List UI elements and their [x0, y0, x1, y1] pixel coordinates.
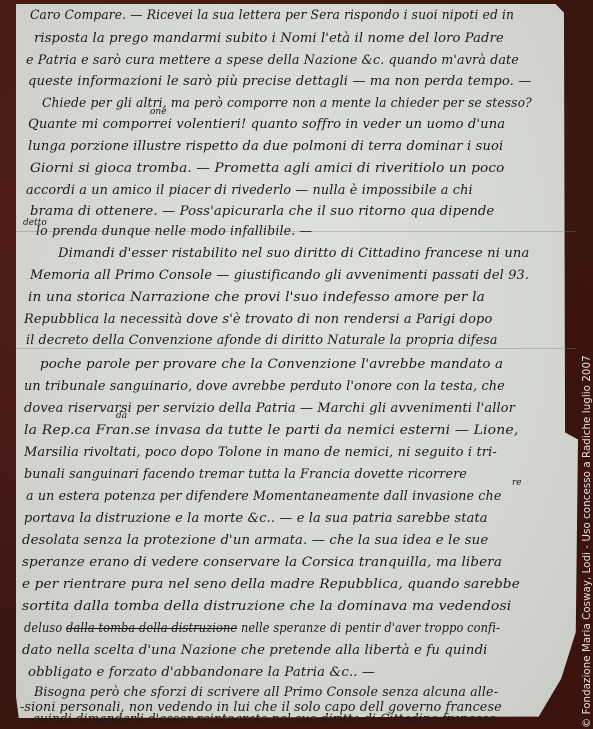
text-line: a un estera potenza per difendere Moment… [26, 489, 501, 504]
text-line: Bisogna però che sforzi di scrivere all … [34, 685, 498, 700]
text-line: obbligato e forzato d'abbandonare la Pat… [28, 665, 375, 680]
text-line-with-strikethrough: deluso dalla tomba della distruzione nel… [24, 621, 500, 636]
copyright-caption: © Fondazione Maria Cosway, Lodi - Uso co… [582, 355, 593, 728]
text-line: sortita dalla tomba della distruzione ch… [22, 599, 511, 614]
text-line: Marsilia rivoltati, poco dopo Tolone in … [24, 445, 497, 460]
interlinear-note: da [116, 411, 127, 421]
text-line: e Patria e sarò cura mettere a spese del… [26, 53, 519, 68]
text-line: Quante mi comporrei volentieri! quanto s… [28, 117, 505, 132]
text-line: desolata senza la protezione d'un armata… [22, 533, 488, 548]
text-line: risposta la prego mandarmi subito i Nomi… [34, 31, 504, 46]
text-line: quindi dimandarli d'esser reintegrato ne… [32, 712, 496, 727]
text-fragment: nelle speranze di pentir d'aver troppo c… [237, 621, 500, 636]
text-line: Chiede per gli altri, ma però comporre n… [42, 96, 532, 111]
text-line: Giorni si gioca tromba. — Prometta agli … [30, 161, 504, 176]
handwritten-text-body: Caro Compare. — Ricevei la sua lettera p… [0, 0, 593, 729]
text-line: lo prenda dunque nelle modo infallibile.… [36, 224, 312, 239]
text-line: e per rientrare pura nel seno della madr… [22, 577, 520, 592]
text-line: la Rep.ca Fran.se invasa da tutte le par… [24, 423, 518, 438]
text-fragment: deluso [24, 621, 66, 636]
text-line: dato nella scelta d'una Nazione che pret… [22, 643, 488, 658]
text-line: accordi a un amico il piacer di rivederl… [26, 183, 473, 198]
text-line: dovea riservarsi per servizio della Patr… [24, 401, 515, 416]
text-line: Dimandi d'esser ristabilito nel suo diri… [58, 246, 529, 261]
text-line: Repubblica la necessità dove s'è trovato… [24, 312, 492, 327]
text-line: Caro Compare. — Ricevei la sua lettera p… [30, 8, 514, 23]
interlinear-note: re [512, 478, 522, 488]
text-line: poche parole per provare che la Convenzi… [40, 357, 503, 372]
text-line: un tribunale sanguinario, dove avrebbe p… [24, 379, 505, 394]
text-line: Memoria all Primo Console — giustificand… [30, 268, 529, 283]
text-line: speranze erano di vedere conservare la C… [22, 555, 502, 570]
text-line: bunali sanguinari facendo tremar tutta l… [24, 467, 467, 482]
text-line: in una storica Narrazione che provi l'su… [28, 290, 485, 305]
text-line: queste informazioni le sarò più precise … [28, 74, 531, 89]
struck-text: dalla tomba della distruzione [66, 621, 237, 636]
text-line: il decreto della Convenzione afonde di d… [26, 333, 498, 348]
text-line: brama di ottenere. — Poss'apicurarla che… [30, 204, 494, 219]
interlinear-note: one [150, 107, 167, 117]
text-line: lunga porzione illustre rispetto da due … [28, 139, 503, 154]
text-line: portava la distruzione e la morte &c.. —… [24, 511, 488, 526]
